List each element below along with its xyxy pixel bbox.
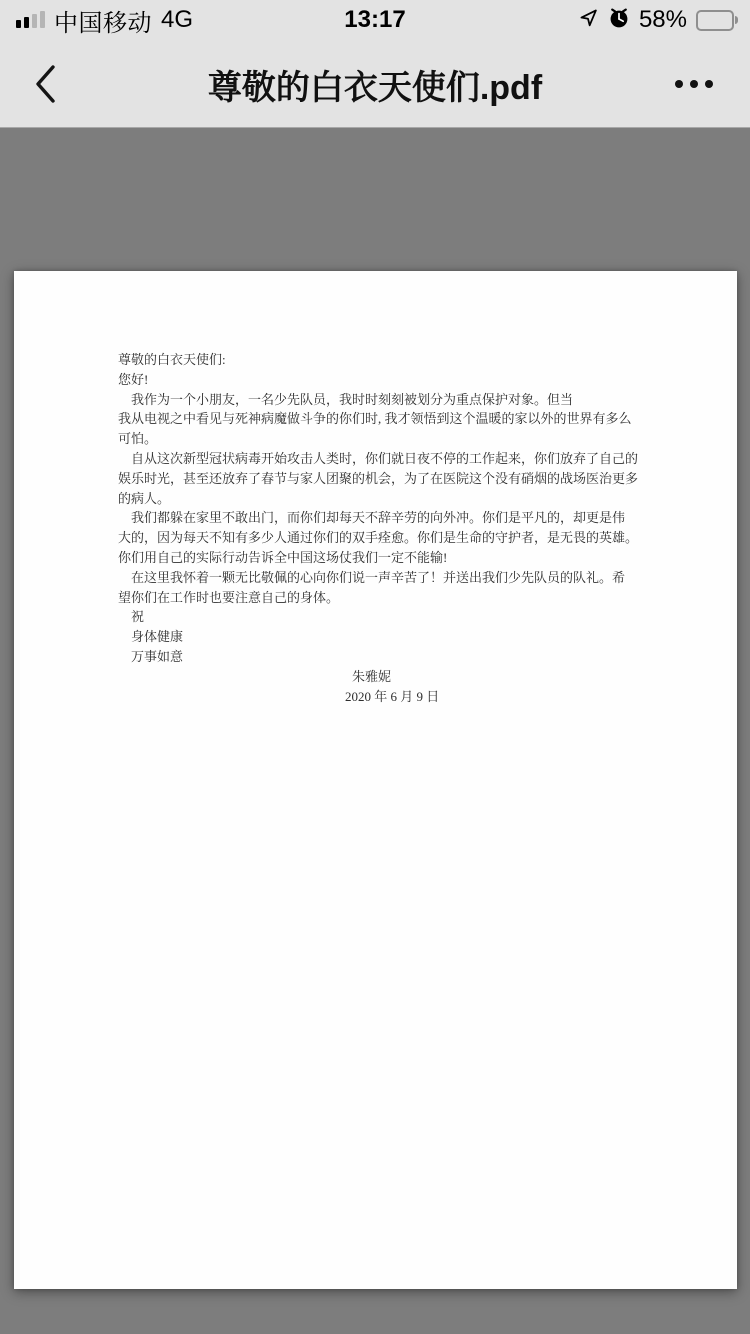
phone-screen: 中国移动 4G 13:17 58% — [0, 0, 750, 1334]
letter-line: 我们都躲在家里不敢出门，而你们却每天不辞辛劳的向外冲。你们是平凡的，却更是伟 — [118, 508, 648, 528]
back-chevron-icon — [34, 64, 56, 107]
letter-line: 尊敬的白衣天使们: — [118, 350, 648, 370]
letter-line: 我作为一个小朋友，一名少先队员，我时时刻刻被划分为重点保护对象。但当 — [118, 390, 648, 410]
nav-bar: 尊敬的白衣天使们.pdf — [0, 40, 750, 128]
pdf-page: 尊敬的白衣天使们: 您好! 我作为一个小朋友，一名少先队员，我时时刻刻被划分为重… — [14, 271, 737, 1289]
letter-line: 在这里我怀着一颗无比敬佩的心向你们说一声辛苦了！并送出我们少先队员的队礼。希 — [118, 568, 648, 588]
ellipsis-icon — [675, 80, 713, 88]
pdf-viewer[interactable]: 尊敬的白衣天使们: 您好! 我作为一个小朋友，一名少先队员，我时时刻刻被划分为重… — [0, 129, 750, 1334]
letter-body: 尊敬的白衣天使们: 您好! 我作为一个小朋友，一名少先队员，我时时刻刻被划分为重… — [118, 350, 648, 706]
more-options-button[interactable] — [664, 64, 724, 104]
battery-icon — [696, 10, 738, 31]
signature-date: 2020 年 6 月 9 日 — [345, 687, 648, 707]
signature-name: 朱雅妮 — [352, 667, 648, 687]
letter-line: 万事如意 — [118, 647, 648, 667]
status-right-group: 58% — [579, 0, 738, 40]
status-bar: 中国移动 4G 13:17 58% — [0, 0, 750, 40]
document-title: 尊敬的白衣天使们.pdf — [100, 40, 650, 128]
back-button[interactable] — [22, 62, 68, 108]
alarm-clock-icon — [608, 7, 630, 34]
letter-line: 望你们在工作时也要注意自己的身体。 — [118, 588, 648, 608]
letter-line: 您好! — [118, 370, 648, 390]
letter-line: 娱乐时光，甚至还放弃了春节与家人团聚的机会，为了在医院这个没有硝烟的战场医治更多 — [118, 469, 648, 489]
letter-line: 你们用自己的实际行动告诉全中国这场仗我们一定不能输! — [118, 548, 648, 568]
letter-line: 身体健康 — [118, 627, 648, 647]
battery-percent-label: 58% — [639, 6, 687, 34]
letter-line: 大的，因为每天不知有多少人通过你们的双手痊愈。你们是生命的守护者，是无畏的英雄。 — [118, 528, 648, 548]
letter-line: 祝 — [118, 607, 648, 627]
letter-signature: 朱雅妮 2020 年 6 月 9 日 — [345, 667, 648, 707]
letter-line: 的病人。 — [118, 489, 648, 509]
letter-line: 自从这次新型冠状病毒开始攻击人类时，你们就日夜不停的工作起来，你们放弃了自己的 — [118, 449, 648, 469]
location-arrow-icon — [579, 8, 599, 33]
letter-line: 可怕。 — [118, 429, 648, 449]
letter-line: 我从电视之中看见与死神病魔做斗争的你们时, 我才领悟到这个温暖的家以外的世界有多… — [118, 409, 648, 429]
